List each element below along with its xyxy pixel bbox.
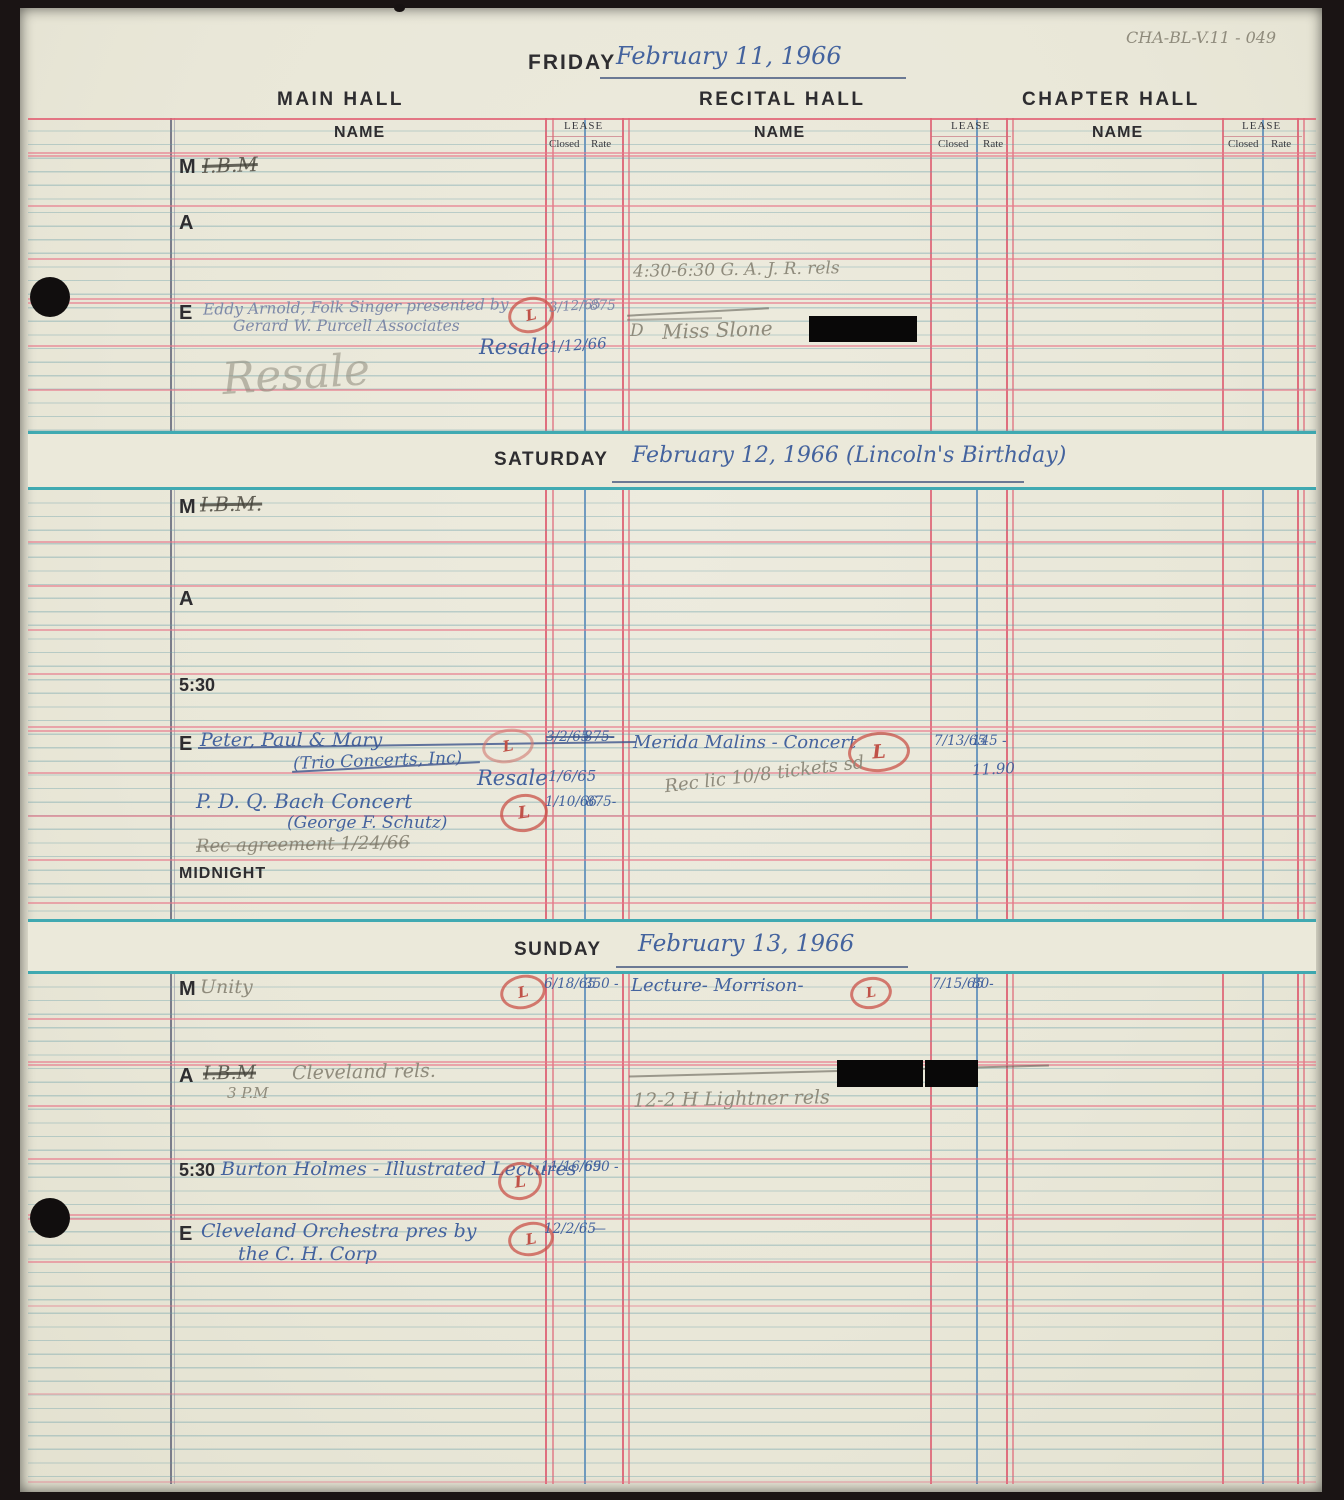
entry-sunday-main-a-time: 3 P.M [227,1086,269,1102]
entry-sunday-recital-a: 12-2 H Lightner rels [633,1088,830,1111]
lease-divider [1223,136,1302,137]
row-label-a: A [179,213,193,234]
entry-saturday-bach-line2: (George F. Schutz) [287,815,447,833]
check-letter: L [517,802,532,823]
entry-friday-recital-e-prefix: D [630,323,644,341]
entry-saturday-ppm-rate: 875- [584,730,614,744]
entry-saturday-recital-rate: 145 - [972,734,1007,748]
check-letter: L [524,305,538,325]
section-divider [28,487,1316,490]
check-letter: L [513,1171,527,1191]
lease-header-recital: LEASE [951,121,990,133]
row-rule [28,541,1316,543]
row-label-m: M [179,497,196,518]
entry-saturday-bach: P. D. Q. Bach Concert [196,791,412,812]
saturday-date-handwritten: February 12, 1966 (Lincoln's Birthday) [632,444,1066,467]
entry-saturday-bach-rate: 875- [586,795,616,809]
rate-header-main: Rate [591,139,611,151]
row-rule [28,673,1316,675]
row-label-530: 5:30 [179,676,215,695]
redaction-box [925,1060,978,1087]
closed-header-chapter: Closed [1228,139,1259,151]
main-hall-header: MAIN HALL [277,90,404,110]
entry-saturday-recital-amount: 11.90 [972,761,1016,779]
row-label-m: M [179,157,196,178]
archive-reference: CHA-BL-V.11 - 049 [1126,30,1276,47]
row-rule [28,859,1316,861]
row-rule [28,1305,1316,1307]
speck [394,4,405,12]
row-rule [28,389,1316,391]
closed-header-main: Closed [549,139,580,151]
row-rule [28,1393,1316,1395]
row-rule [28,1214,1316,1216]
entry-saturday-resale: Resale [477,767,548,789]
redaction-box [837,1060,923,1087]
friday-date-handwritten: February 11, 1966 [616,44,842,69]
name-column-header-recital: NAME [754,125,805,142]
chapter-hall-header: CHAPTER HALL [1022,90,1200,110]
saturday-day-label: SATURDAY [494,450,608,470]
entry-sunday-main-e-closed: 12/2/65 [544,1222,596,1236]
entry-sunday-main-m: Unity [200,978,253,998]
date-underline [600,77,906,79]
row-rule [28,585,1316,587]
check-letter: L [872,741,887,764]
row-rule [28,345,1316,347]
closed-header-recital: Closed [938,139,969,151]
entry-saturday-main-m: I.B.M. [200,493,263,515]
lease-divider [931,136,1011,137]
entry-sunday-main-m-rate: 350 - [584,977,619,991]
entry-sunday-main-e-rate: — [592,1222,606,1237]
rate-header-recital: Rate [983,139,1003,151]
friday-day-label: FRIDAY [528,52,616,74]
row-rule [28,726,1316,728]
entry-saturday-ppm-closed: 3/2/65 [546,730,589,744]
date-underline [616,966,908,968]
entry-friday-main-m: I.B.M [202,154,258,177]
row-label-a: A [179,589,193,610]
row-label-e: E [179,1224,192,1245]
entry-friday-recital-a: 4:30-6:30 G. A. J. R. rels [633,260,840,281]
row-rule [28,629,1316,631]
name-column-header-chapter: NAME [1092,125,1143,142]
check-letter: L [501,736,515,756]
row-rule [28,1261,1316,1263]
check-letter: L [516,982,530,1002]
row-rule [28,815,1316,817]
row-label-e: E [179,303,192,324]
row-label-530: 5:30 [179,1161,215,1180]
entry-sunday-main-a-crossed: I.B.M [203,1064,256,1085]
recital-hall-header: RECITAL HALL [699,90,866,110]
sunday-date-handwritten: February 13, 1966 [638,932,854,956]
entry-sunday-lecture-rate: 690 - [584,1160,619,1174]
row-label-e: E [179,734,192,755]
entry-sunday-main-e-line1: Cleveland Orchestra pres by [201,1222,476,1242]
entry-saturday-recital-e: Merida Malins - Concert [633,734,856,753]
entry-friday-main-e-rate: 875 [590,299,616,313]
entry-sunday-main-e-line2: the C. H. Corp [238,1245,377,1265]
entry-saturday-agreement: Rec agreement 1/24/66 [196,834,410,857]
date-underline [612,481,1024,483]
lease-divider [546,136,622,137]
row-label-a: A [179,1066,193,1087]
lease-header-main: LEASE [564,121,603,133]
row-rule [28,1481,1316,1483]
row-rule [28,902,1316,904]
entry-friday-resale: Resale [479,336,550,358]
entry-friday-main-e-line2: Gerard W. Purcell Associates [233,318,460,334]
check-letter: L [865,984,877,1001]
name-column-header-main: NAME [334,125,385,142]
row-rule [28,772,1316,774]
row-rule [28,1018,1316,1020]
lease-header-chapter: LEASE [1242,121,1281,133]
entry-sunday-recital-m: Lecture- Morrison- [631,977,804,996]
entry-sunday-main-a: Cleveland rels. [292,1062,436,1084]
scanned-ledger-page: CHA-BL-V.11 - 049 FRIDAY February 11, 19… [0,0,1344,1500]
redaction-box [809,316,917,342]
row-rule [28,258,1316,260]
entry-friday-recital-e: Miss Slone [662,318,773,343]
row-label-midnight: MIDNIGHT [179,866,266,883]
section-divider [28,971,1316,974]
rate-header-chapter: Rate [1271,139,1291,151]
entry-saturday-resale-date: 1/6/65 [548,769,596,785]
sunday-day-label: SUNDAY [514,940,602,960]
entry-sunday-recital-m-rate: 80- [972,977,994,991]
row-label-m: M [179,979,196,1000]
row-rule [28,205,1316,207]
check-letter: L [524,1229,538,1249]
row-rule [28,118,1316,120]
hole-punch [30,277,70,317]
entry-friday-resale-big: Resale [221,347,372,403]
hole-punch [30,1198,70,1238]
